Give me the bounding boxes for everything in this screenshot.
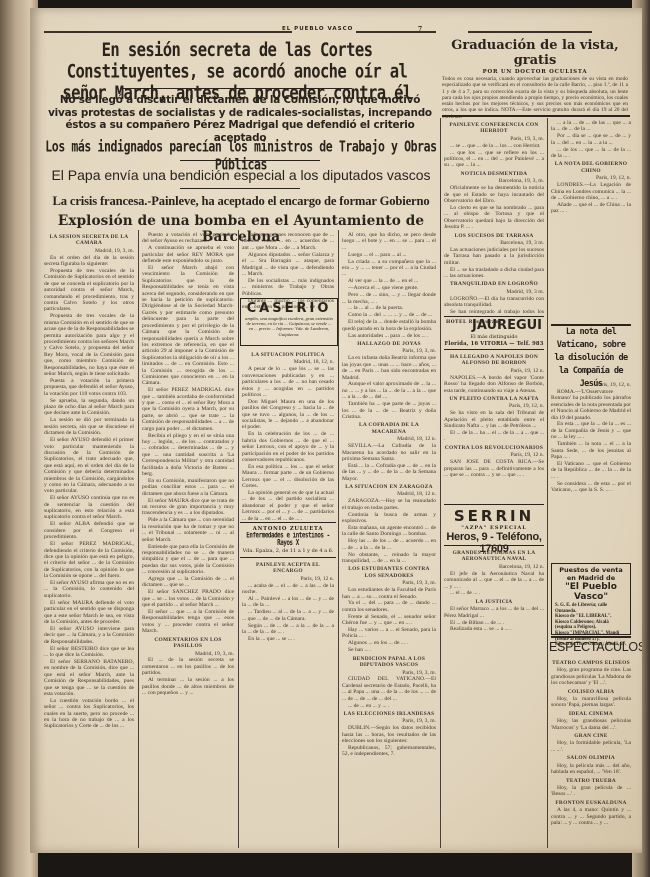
ad-puestos-venta: Puestos de venta en Madrid de "El Pueblo… (551, 563, 631, 635)
headline-crisis: La crisis francesa.-Painleve, ha aceptad… (42, 194, 440, 209)
article-paragraph: ZARAGOZA.—Hoy se ha reanudado el trabajo… (342, 498, 436, 511)
ad-hotel-jauregui: HOTEL Restaurant JAUREGUI El más disting… (444, 316, 544, 350)
article-heading: FRONTON EUSKALDUNA (551, 800, 631, 806)
article-paragraph: El señor ... que ... a la Comisión de Re… (142, 609, 234, 635)
article-paragraph: ROMA.—'L'Osservatore Romano' ha publicad… (551, 389, 631, 421)
puestos-line2: en Madrid de (552, 574, 630, 582)
article-heading: NOTICIA DESMENTIDA (444, 171, 544, 177)
article-paragraph: En la ... que ... se ... . (242, 636, 334, 642)
article-paragraph: En la celebración de los ... de ... habr… (242, 431, 334, 463)
article-paragraph: Ya el ... del ... para ... de ... dando … (342, 600, 436, 613)
article-heading: PAINLEVE ACEPTA EL ENCARGO (242, 562, 334, 575)
article-paragraph: El señor March abajó con vencimiento la … (142, 265, 234, 387)
article-dateline: Barcelona, 19, 12 n. (444, 564, 544, 570)
newspaper-page: EL PUEBLO VASCO 7 En sesión secreta de l… (30, 8, 642, 853)
column-painleve: PAINLEVE ACEPTA EL ENCARGOParís, 19, 12 … (242, 560, 334, 847)
article-paragraph: Se aprueba, la segunda, dando un plazo d… (44, 398, 134, 417)
article-paragraph: ... el ... de ... . (444, 590, 544, 596)
article-paragraph: El jefe de la Aeronáutica Naval ha comun… (444, 571, 544, 590)
article-paragraph: De los socialistas ... más indignados ..… (242, 278, 334, 297)
article-dateline: Madrid, 18, 12 n. (342, 436, 436, 442)
ad-caserio: CASERIO amplio, una magnífica escalera, … (240, 298, 338, 346)
article-paragraph: SEVILLA.—La Cofradía de la Macarena ha a… (342, 443, 436, 462)
article-paragraph: ... la ... al ... de la puerta. (342, 305, 436, 311)
article-dateline: París, 19, 3, m. (342, 580, 436, 586)
divider (442, 115, 630, 117)
article-paragraph: El señor BESTEIRO dice que se lea ... lo… (44, 646, 134, 659)
article-paragraph: El señor MAURA dice que se trata de un r… (142, 498, 234, 517)
article-paragraph: También ... la nota ... el ... a la Sant… (551, 441, 631, 460)
article-paragraph: Aunque el valor aproximado de ... la ...… (342, 381, 436, 400)
ad-antonio-byline: ANTONIO ZULUETA (240, 526, 336, 532)
article-paragraph: Algunos ... en los ... de ... . (342, 640, 436, 646)
puestos-line1: Puestos de venta (552, 566, 630, 574)
ad-caserio-body: amplio, una magnífica escalera, gran ext… (241, 316, 337, 337)
article-paragraph: El señor AYUSO defendió el primer voto p… (44, 437, 134, 495)
article-paragraph: En esta ... que la ... de la ... es ... … (551, 421, 631, 440)
article-paragraph: Al otro, que ha dicho, se pero desde lue… (342, 232, 436, 251)
article-heading: LOS SUCESOS DE TARRASA (444, 233, 544, 239)
column-rule (440, 118, 441, 848)
article-paragraph: ... Tardieu ... al ... de la ... a ... y… (242, 609, 334, 622)
puestos-list-item: Kiosco Calderones; Alcalá (esquina a Pel… (555, 620, 627, 631)
article-paragraph: Por ... día se ... que se ... de ... y l… (551, 133, 631, 146)
article-paragraph: Se han ... . (342, 647, 436, 653)
article-heading: LA SITUACION EN ZARAGOZA (342, 484, 436, 490)
article-dateline: Madrid, 18, 12 n. (342, 491, 436, 497)
article-dateline: París, 19, 3, m. (444, 136, 544, 142)
article-paragraph: Al ... Painlevé ... a los ... de ... y .… (242, 596, 334, 609)
ad-serrin: SERRIN "AZPA" ESPECIAL Heros, 9 - Teléfo… (444, 504, 544, 546)
article-heading: HA LLEGADO A NAPOLES DON ALFONSO DE BORB… (444, 354, 544, 367)
article-heading: LAS ELECCIONES IRLANDESAS (342, 711, 436, 717)
article-paragraph: Lo cierto es que se ha nombrado ... para… (444, 205, 544, 231)
article-paragraph: Algunos diputados ... señor Galarza y el… (242, 252, 334, 278)
article-heading: TEATRO TRUEBA (551, 778, 631, 784)
ad-antonio-zulueta: ANTONIO ZULUETA Enfermedades e intestino… (240, 522, 336, 558)
article-paragraph: La opinión general es de que la actual .… (242, 490, 334, 520)
article-dateline: París, 19, 3, m. (342, 348, 436, 354)
article-paragraph: Agrega que ... la Comisión de ... el dic… (142, 576, 234, 589)
article-dateline: París, 19, 12 n. (444, 368, 544, 374)
article-dateline: París, 19, 12 n. (242, 576, 334, 582)
page-number: 7 (418, 26, 422, 33)
article-dateline: París, 19, 3, m. (342, 718, 436, 724)
divider (180, 188, 300, 189)
article-heading: IDEAL CINEMA (551, 711, 631, 717)
article-paragraph: Hoy, la película más ... del año, hablad… (551, 763, 631, 776)
article-paragraph: Según ... de ... de ... a la ... de la .… (242, 623, 334, 636)
article-paragraph: Se ha visto en la sala del Tribunal de A… (444, 410, 544, 429)
article-heading: BENDICION PAPAL A LOS DIPUTADOS VASCOS (342, 656, 436, 669)
article-dateline: Barcelona, 19, 3 m. (444, 240, 544, 246)
article-paragraph: ... a la ... de ... de las ... que ... a… (551, 120, 631, 133)
article-paragraph: Las autoridades ... para ... de los ... … (342, 333, 436, 339)
article-paragraph: En su Comisión, manifestaron que no podí… (142, 478, 234, 497)
article-dateline: Madrid, 18, 12, n. (242, 359, 334, 365)
article-paragraph: El ... de la ... ha ... el ... de la ...… (444, 430, 544, 443)
article-paragraph: ... de ... en ... y ... . (342, 703, 436, 709)
graduacion-byline: POR UN DOCTOR OCULISTA (442, 69, 628, 75)
article-paragraph: A pesar de lo ... que los ... se ... las… (242, 366, 334, 398)
article-paragraph: NAPOLES.—A bordo del vapor 'Conte Rosso'… (444, 375, 544, 394)
article-paragraph: ... que los ... que se refiere en los ..… (444, 150, 544, 169)
article-heading: CONTRA LOS REVOLUCIONARIOS (444, 445, 544, 451)
article-paragraph: CIUDAD DEL VATICANO.—El Cardenal secreta… (342, 676, 436, 702)
article-heading: COLISEO ALBIA (551, 689, 631, 695)
article-heading: LA JUSTICIA (444, 599, 544, 605)
article-paragraph: No obstante, ... reinado la mayor tranqu… (342, 552, 436, 565)
article-paragraph: El señor PEREZ MADRIGAL, defendiendo el … (44, 541, 134, 579)
article-paragraph: El señor SANCHEZ PRADO dice que ... se .… (142, 589, 234, 608)
article-paragraph: Recibía el pliego y en el se sitúa una h… (142, 433, 234, 478)
article-dateline: Madrid, 19, 3, m. (44, 248, 134, 254)
article-paragraph: Propuesta de tres vocales de la misma Co… (44, 313, 134, 377)
column-march: Puesto a votación el voto particular del… (142, 232, 234, 847)
article-paragraph: SAN JOSE DE COSTA RICA.—Se preparan las … (444, 459, 544, 478)
article-paragraph: Hoy, la maravillosa película sonora 'Pap… (551, 696, 631, 709)
ad-serrin-name: SERRIN (444, 507, 544, 525)
article-paragraph: El señor AYUSO continúa que no es de sen… (44, 495, 134, 521)
article-paragraph: ... se ... que ... de la ... los ... con… (444, 143, 544, 149)
divider (551, 636, 631, 638)
article-dateline: París, 19, 3, m. (342, 670, 436, 676)
article-heading: LA COFRADIA DE LA MACARENA (342, 422, 436, 435)
article-paragraph: Luego ... el ... para ... al ... (342, 252, 436, 258)
article-paragraph: Añade ... que el ... de China ... la paz… (551, 202, 631, 215)
divider (122, 88, 352, 89)
article-paragraph: pañeros, quienes reconocen que de ... hu… (242, 232, 334, 251)
article-paragraph: Al terminar ... la sesión ... a los pasi… (142, 677, 234, 696)
article-paragraph: Hoy, la gran película de ... 'Besos ...'… (551, 785, 631, 798)
article-heading: LA SITUACION POLITICA (242, 352, 334, 358)
article-paragraph: Propuesta de tres vocales de la Comisión… (44, 268, 134, 313)
column-rule (238, 230, 239, 848)
article-dateline: París, 19, 12, n. (444, 403, 544, 409)
article-paragraph: Hoy, gran programa de cine. Las grandios… (551, 667, 631, 686)
article-paragraph: La ex infanta doña Beatriz informa que l… (342, 355, 436, 381)
article-paragraph: El señor MAURA defiende el voto particul… (44, 600, 134, 626)
article-paragraph: A las 4, a mano: Quintín y ... contra ..… (551, 807, 631, 826)
ad-jauregui-tagline: El más distinguido (444, 334, 544, 340)
column-rule (547, 118, 548, 848)
article-heading: HALLAZGO DE JOYAS (342, 341, 436, 347)
article-paragraph: Las actuaciones judiciales por los suces… (444, 247, 544, 266)
masthead-paper-name: EL PUEBLO VASCO (282, 26, 353, 32)
article-paragraph: Pero ... de ... sino, ... y ... llegar d… (342, 292, 436, 305)
article-paragraph: Realizada esta ... se ... a ... . (444, 626, 544, 632)
article-paragraph: En el orden del día de la sesión secreta… (44, 255, 134, 268)
article-paragraph: A continuación se aprueba el voto partic… (142, 245, 234, 264)
column-china: ... a la ... de ... de las ... que ... a… (551, 120, 631, 320)
article-paragraph: Frente al Senado, el ... senador señor C… (342, 614, 436, 627)
article-heading: UN PLEITO CONTRA LA NAFTA (444, 396, 544, 402)
article-paragraph: La criada ... a su compañera que la ... … (342, 259, 436, 278)
article-dateline: París, 19, 12, n. (551, 175, 631, 181)
column-aeronautica: GRANDES REFORMAS EN LA AERONAUTICA NAVAL… (444, 548, 544, 847)
headline-papa: El Papa envía una bendición especial a l… (42, 167, 440, 183)
espectaculos-title: ESPECTACULOS (549, 640, 631, 654)
article-paragraph: El señor AYUSO interviene para decir que… (44, 626, 134, 645)
article-paragraph: Está ... la ... Cofradía que ... de ... … (342, 463, 436, 482)
article-paragraph: El señor AYUSO afirma que no es en ... l… (44, 580, 134, 599)
article-paragraph: El ... se ha trasladado a dicha ciudad p… (444, 267, 544, 280)
article-paragraph: —Acerca el ... que viene gente. (342, 285, 436, 291)
article-paragraph: DUBLIN.—Según los datos recibidos hasta … (342, 725, 436, 744)
puestos-list-item: S. G. E. de Librería; calle Ontaneda. (555, 603, 627, 614)
graduacion-article: Graduación de la vista, gratis POR UN DO… (442, 38, 628, 120)
article-paragraph: Se han reintegrado al trabajo todos los … (444, 309, 544, 314)
article-heading: GRAN CINE (551, 733, 631, 739)
article-paragraph: Republicanos, 57; gubernamentales, 52, e… (342, 745, 436, 758)
article-dateline: Barcelona, 19, 3, m. (444, 178, 544, 184)
article-heading: PAINLEVE CONFERENCIA CON HERRIOT (444, 122, 544, 135)
column-rule (338, 230, 339, 848)
article-paragraph: El señor PEREZ MADRIGAL dice que ... tam… (142, 387, 234, 432)
graduacion-body: Todos es cosa necesaria, cuando aprovech… (442, 76, 628, 120)
article-heading: TEATRO CAMPOS ELISEOS (551, 660, 631, 666)
column-situacion-politica: LA SITUACION POLITICAMadrid, 18, 12, n.A… (242, 350, 334, 520)
column-sesion-secreta: LA SESION SECRETA DE LA CAMARAMadrid, 19… (44, 232, 134, 847)
article-heading: LA SESION SECRETA DE LA CAMARA (44, 234, 134, 247)
column-vaticano: París, 19, 12, n.ROMA.—'L'Osservatore Ro… (551, 382, 631, 560)
article-paragraph: Puesto a votación el voto particular del… (142, 232, 234, 245)
article-paragraph: Al ver que ... la ... de ... en el ... (342, 278, 436, 284)
article-paragraph: Hoy, la formidable película, 'La ... ...… (551, 740, 631, 753)
article-heading: LA NOTA DEL GOBIERNO CHINO (551, 161, 631, 174)
article-heading: LOS ESTUDIANTES CONTRA LOS SENADORES (342, 566, 436, 579)
column-explosion: Al otro, que ha dicho, se pero desde lue… (342, 232, 436, 847)
article-paragraph: Se considera ... de esta ... por el Vati… (551, 481, 631, 494)
article-paragraph: La sesión se dió por terminada la sesión… (44, 417, 134, 436)
article-paragraph: Hay ... varios ... a ... el Senado, para… (342, 627, 436, 640)
article-paragraph: El reloj de la ... donde estalló la bomb… (342, 319, 436, 332)
article-paragraph: Entiende que para ella la Comisión de re… (142, 544, 234, 576)
divider (180, 160, 320, 161)
article-paragraph: También ha ... que parte de ... joyas ..… (342, 401, 436, 420)
column-alfonso-borbon: HA LLEGADO A NAPOLES DON ALFONSO DE BORB… (444, 352, 544, 502)
article-paragraph: LONDRES.—La Legación de China en Londres… (551, 182, 631, 201)
column-painleve-herriot: PAINLEVE CONFERENCIA CON HERRIOTParís, 1… (444, 120, 544, 314)
ad-caserio-title: CASERIO (241, 301, 337, 316)
article-paragraph: Hoy las ... de los ... de ... acuerdo ..… (342, 538, 436, 551)
article-paragraph: Como la ... del ... ... ... y ... de ...… (342, 312, 436, 318)
article-dateline: Madrid, 19, 3, m. (142, 651, 234, 657)
graduacion-title: Graduación de la vista, gratis (442, 38, 628, 68)
article-dateline: Madrid, 19, 3 m. (444, 289, 544, 295)
column-espectaculos: TEATRO CAMPOS ELISEOSHoy, gran programa … (551, 658, 631, 847)
article-paragraph: El ... de Bilbao ... de ... . (444, 620, 544, 626)
article-dateline: París, 19, 12, n. (551, 382, 631, 388)
article-heading: SALON OLIMPIA (551, 755, 631, 761)
column-rule (138, 230, 139, 848)
article-paragraph: Pide a la Cámara que ... con serenidad l… (142, 517, 234, 543)
article-heading: COMENTARIOS EN LOS PASILLOS (142, 637, 234, 650)
article-paragraph: El señor SERRANO BATANERO, en nombre de … (44, 659, 134, 697)
article-paragraph: En esa política ... los ... que el señor… (242, 464, 334, 490)
ad-antonio-main: Enfermedades e intestinos -Rayos X (240, 532, 336, 548)
ad-jauregui-address: Florida, 16 VITORIA — Telf. 983 (444, 341, 544, 347)
ad-jauregui-name: JAUREGUI (472, 318, 542, 333)
article-paragraph: ... acaba de ... el ... de ... a las ...… (242, 583, 334, 596)
article-paragraph: Puesta a votación la primera propuesta, … (44, 378, 134, 397)
ad-antonio-address: Vda. Epalza, 2, de 11 a 1 y de 4 a 6. (240, 548, 336, 554)
article-paragraph: El señor ALBA defendió que se considere … (44, 521, 134, 540)
article-paragraph: Esta mañana, un agente encontró ... de l… (342, 525, 436, 538)
article-paragraph: La cuestión votación bordo ... el señor … (44, 698, 134, 730)
article-paragraph: ... de los ... que ... la ... de la ... … (551, 147, 631, 160)
article-paragraph: Los estudiantes de la Facultad de París … (342, 587, 436, 600)
article-heading: GRANDES REFORMAS EN LA AERONAUTICA NAVAL (444, 550, 544, 563)
article-paragraph: Continúa la busca de armas y explosivos. (342, 512, 436, 525)
article-paragraph: El Vaticano ... que el Gobierno de la Re… (551, 461, 631, 480)
article-paragraph: Hoy, las grandiosas películas 'Marrocos'… (551, 718, 631, 731)
article-paragraph: Don Miguel Maura en una de los pasillos … (242, 399, 334, 431)
article-heading: TRANQUILIDAD EN LOGROÑO (444, 281, 544, 287)
article-paragraph: El ... de la sesión secreta se comentaro… (142, 657, 234, 676)
puestos-line3: "El Pueblo Vasco" (552, 582, 630, 602)
article-paragraph: LOGROÑO.—El día ha transcurrido con abso… (444, 296, 544, 309)
article-paragraph: El señor Marraco ... a los ... de la ...… (444, 606, 544, 619)
article-paragraph: Oficialmente se ha desmentido la noticia… (444, 185, 544, 204)
article-dateline: París, 19, 12 n. (444, 452, 544, 458)
